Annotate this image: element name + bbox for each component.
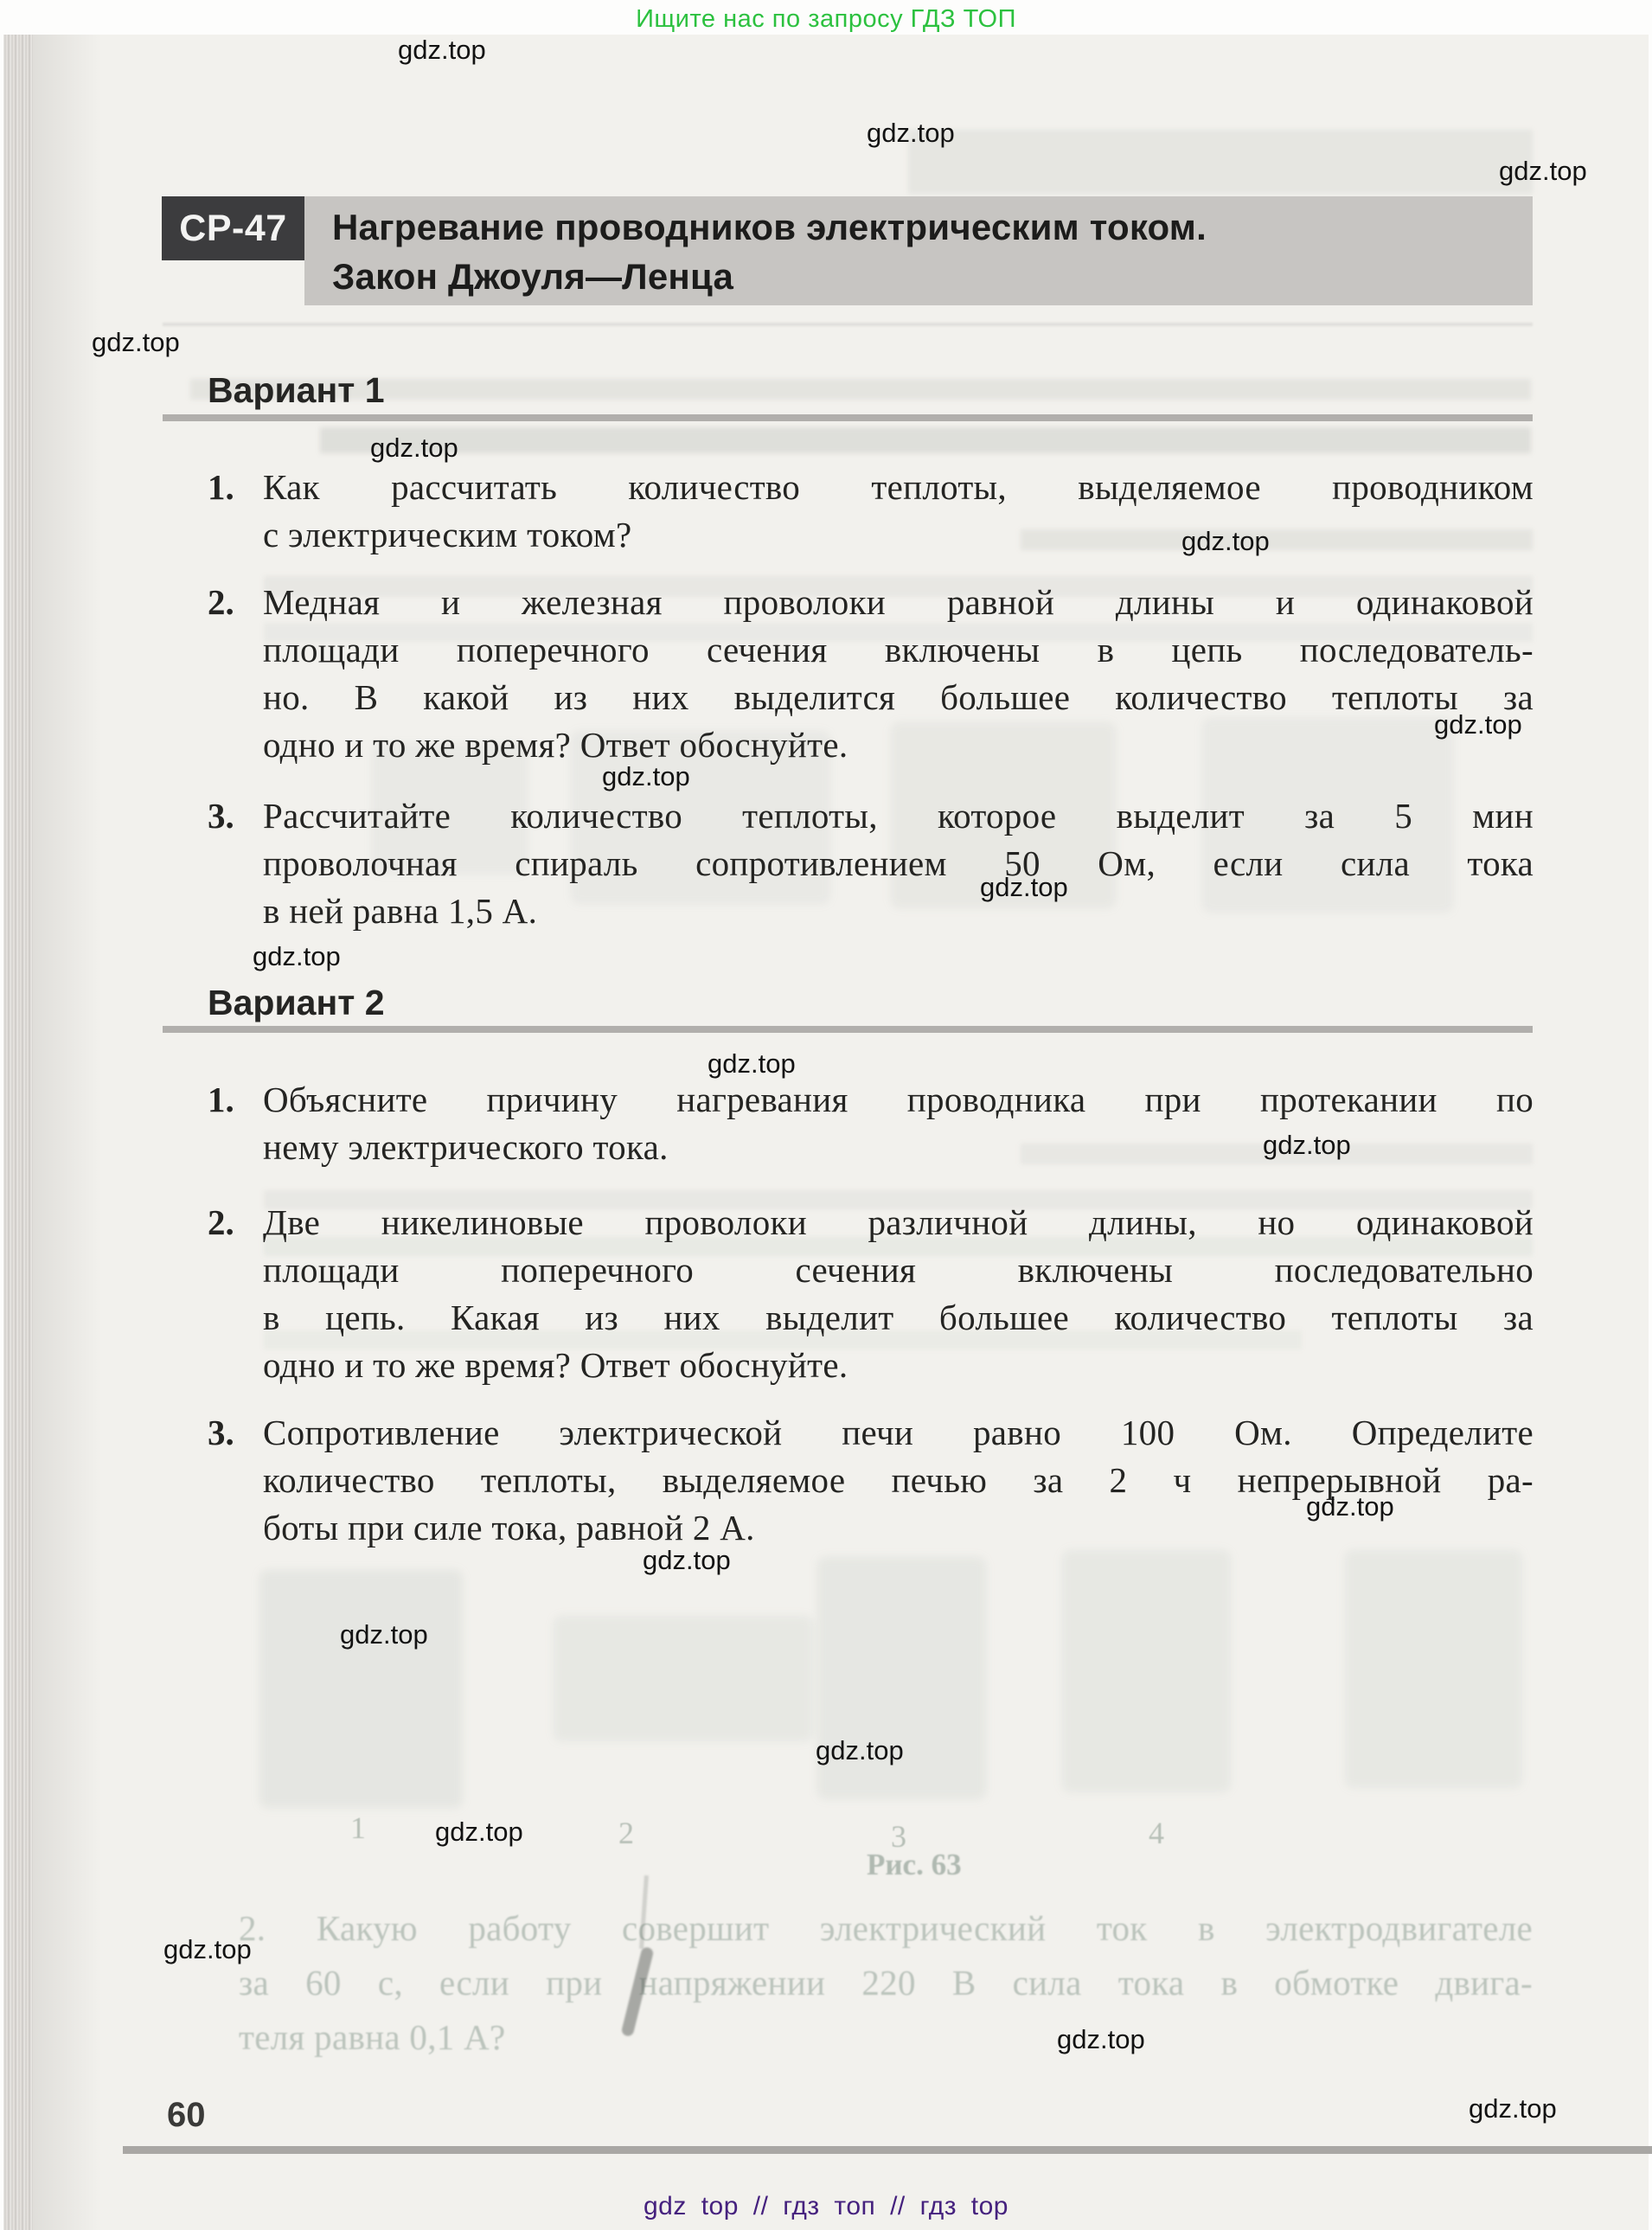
bleedthrough-figure-number: 2 (618, 1815, 634, 1851)
binding-shadow (33, 35, 102, 2230)
page-title-line1: Нагревание проводников электрическим ток… (332, 202, 1526, 252)
header-code-badge: СР-47 (162, 196, 304, 260)
question-line: проволочная спираль сопротивлением 50 Ом… (263, 840, 1534, 888)
gdz-watermark: gdz.top (253, 941, 341, 972)
v1-question-1: 1. Как рассчитать количество теплоты, вы… (208, 464, 1534, 559)
bleedthrough-paragraph: 2. Какую работу совершит электрический т… (239, 1901, 1533, 2065)
gdz-watermark: gdz.top (1469, 2093, 1557, 2124)
bleedthrough-paragraph-line: теля равна 0,1 А? (239, 2010, 1533, 2065)
gdz-watermark: gdz.top (1499, 156, 1587, 187)
question-number: 2. (208, 1199, 234, 1246)
gdz-watermark: gdz.top (398, 35, 486, 66)
question-number: 1. (208, 1076, 234, 1124)
binding-edge-strip (3, 35, 33, 2230)
v1-question-3: 3. Рассчитайте количество теплоты, котор… (208, 792, 1534, 935)
scanned-workbook-page: 1234 Рис. 63 2. Какую работу совершит эл… (0, 0, 1652, 2230)
gdz-watermark: gdz.top (1306, 1491, 1394, 1522)
gdz-watermark: gdz.top (92, 327, 180, 358)
gdz-watermark: gdz.top (708, 1048, 796, 1080)
v1-question-2: 2. Медная и железная проволоки равной дл… (208, 579, 1534, 769)
question-number: 1. (208, 464, 234, 511)
gdz-watermark: gdz.top (435, 1817, 523, 1848)
gdz-watermark: gdz.top (1181, 526, 1270, 557)
page-title-line2: Закон Джоуля—Ленца (332, 252, 1526, 301)
gdz-watermark: gdz.top (602, 761, 690, 792)
question-line: в цепь. Какая из них выделит большее кол… (263, 1294, 1534, 1342)
question-line: Сопротивление электрической печи равно 1… (263, 1409, 1534, 1457)
question-line: Две никелиновые проволоки различной длин… (263, 1199, 1534, 1246)
bleedthrough-figure-number: 1 (350, 1810, 366, 1846)
question-line: в ней равна 1,5 А. (263, 888, 1534, 935)
gdz-watermark: gdz.top (980, 872, 1068, 903)
gdz-watermark: gdz.top (340, 1619, 428, 1650)
question-number: 3. (208, 1409, 234, 1457)
question-number: 2. (208, 579, 234, 626)
question-line: Медная и железная проволоки равной длины… (263, 579, 1534, 626)
gdz-watermark: gdz.top (816, 1735, 904, 1766)
question-line: с электрическим током? (263, 511, 1534, 559)
question-line: Рассчитайте количество теплоты, которое … (263, 792, 1534, 840)
question-number: 3. (208, 792, 234, 840)
page-title: Нагревание проводников электрическим ток… (332, 202, 1526, 301)
gdz-watermark: gdz.top (1434, 709, 1522, 740)
bleedthrough-figure-caption: Рис. 63 (867, 1848, 962, 1882)
gdz-watermark: gdz.top (643, 1545, 731, 1576)
gdz-watermark: gdz.top (1057, 2024, 1145, 2055)
bleedthrough-paragraph-line: 2. Какую работу совершит электрический т… (239, 1901, 1533, 1956)
question-line: Как рассчитать количество теплоты, выдел… (263, 464, 1534, 511)
question-line: одно и то же время? Ответ обоснуйте. (263, 1342, 1534, 1389)
question-line: площади поперечного сечения включены пос… (263, 1246, 1534, 1294)
v2-question-2: 2. Две никелиновые проволоки различной д… (208, 1199, 1534, 1389)
bleedthrough-paragraph-line: за 60 с, если при напряжении 220 В сила … (239, 1956, 1533, 2010)
bottom-rule (123, 2146, 1652, 2154)
v2-question-3: 3. Сопротивление электрической печи равн… (208, 1409, 1534, 1552)
gdz-watermark: gdz.top (867, 118, 955, 149)
variant2-rule (163, 1026, 1533, 1033)
question-line: площади поперечного сечения включены в ц… (263, 626, 1534, 674)
gdz-watermark: gdz.top (1263, 1130, 1351, 1161)
variant2-heading: Вариант 2 (208, 983, 385, 1023)
bleedthrough-figure-number: 4 (1149, 1815, 1164, 1851)
page-number: 60 (167, 2096, 206, 2135)
variant1-heading: Вариант 1 (208, 370, 385, 411)
question-line: Объясните причину нагревания проводника … (263, 1076, 1534, 1124)
question-line: но. В какой из них выделится большее кол… (263, 674, 1534, 721)
gdz-watermark: gdz.top (370, 433, 458, 464)
gdz-watermark: gdz.top (163, 1934, 252, 1965)
footer-watermark-line: gdz top // гдз топ // гдз top (0, 2192, 1652, 2221)
question-line: одно и то же время? Ответ обоснуйте. (263, 721, 1534, 769)
site-banner: Ищите нас по запросу ГДЗ ТОП (0, 5, 1652, 34)
variant1-rule (163, 414, 1533, 421)
